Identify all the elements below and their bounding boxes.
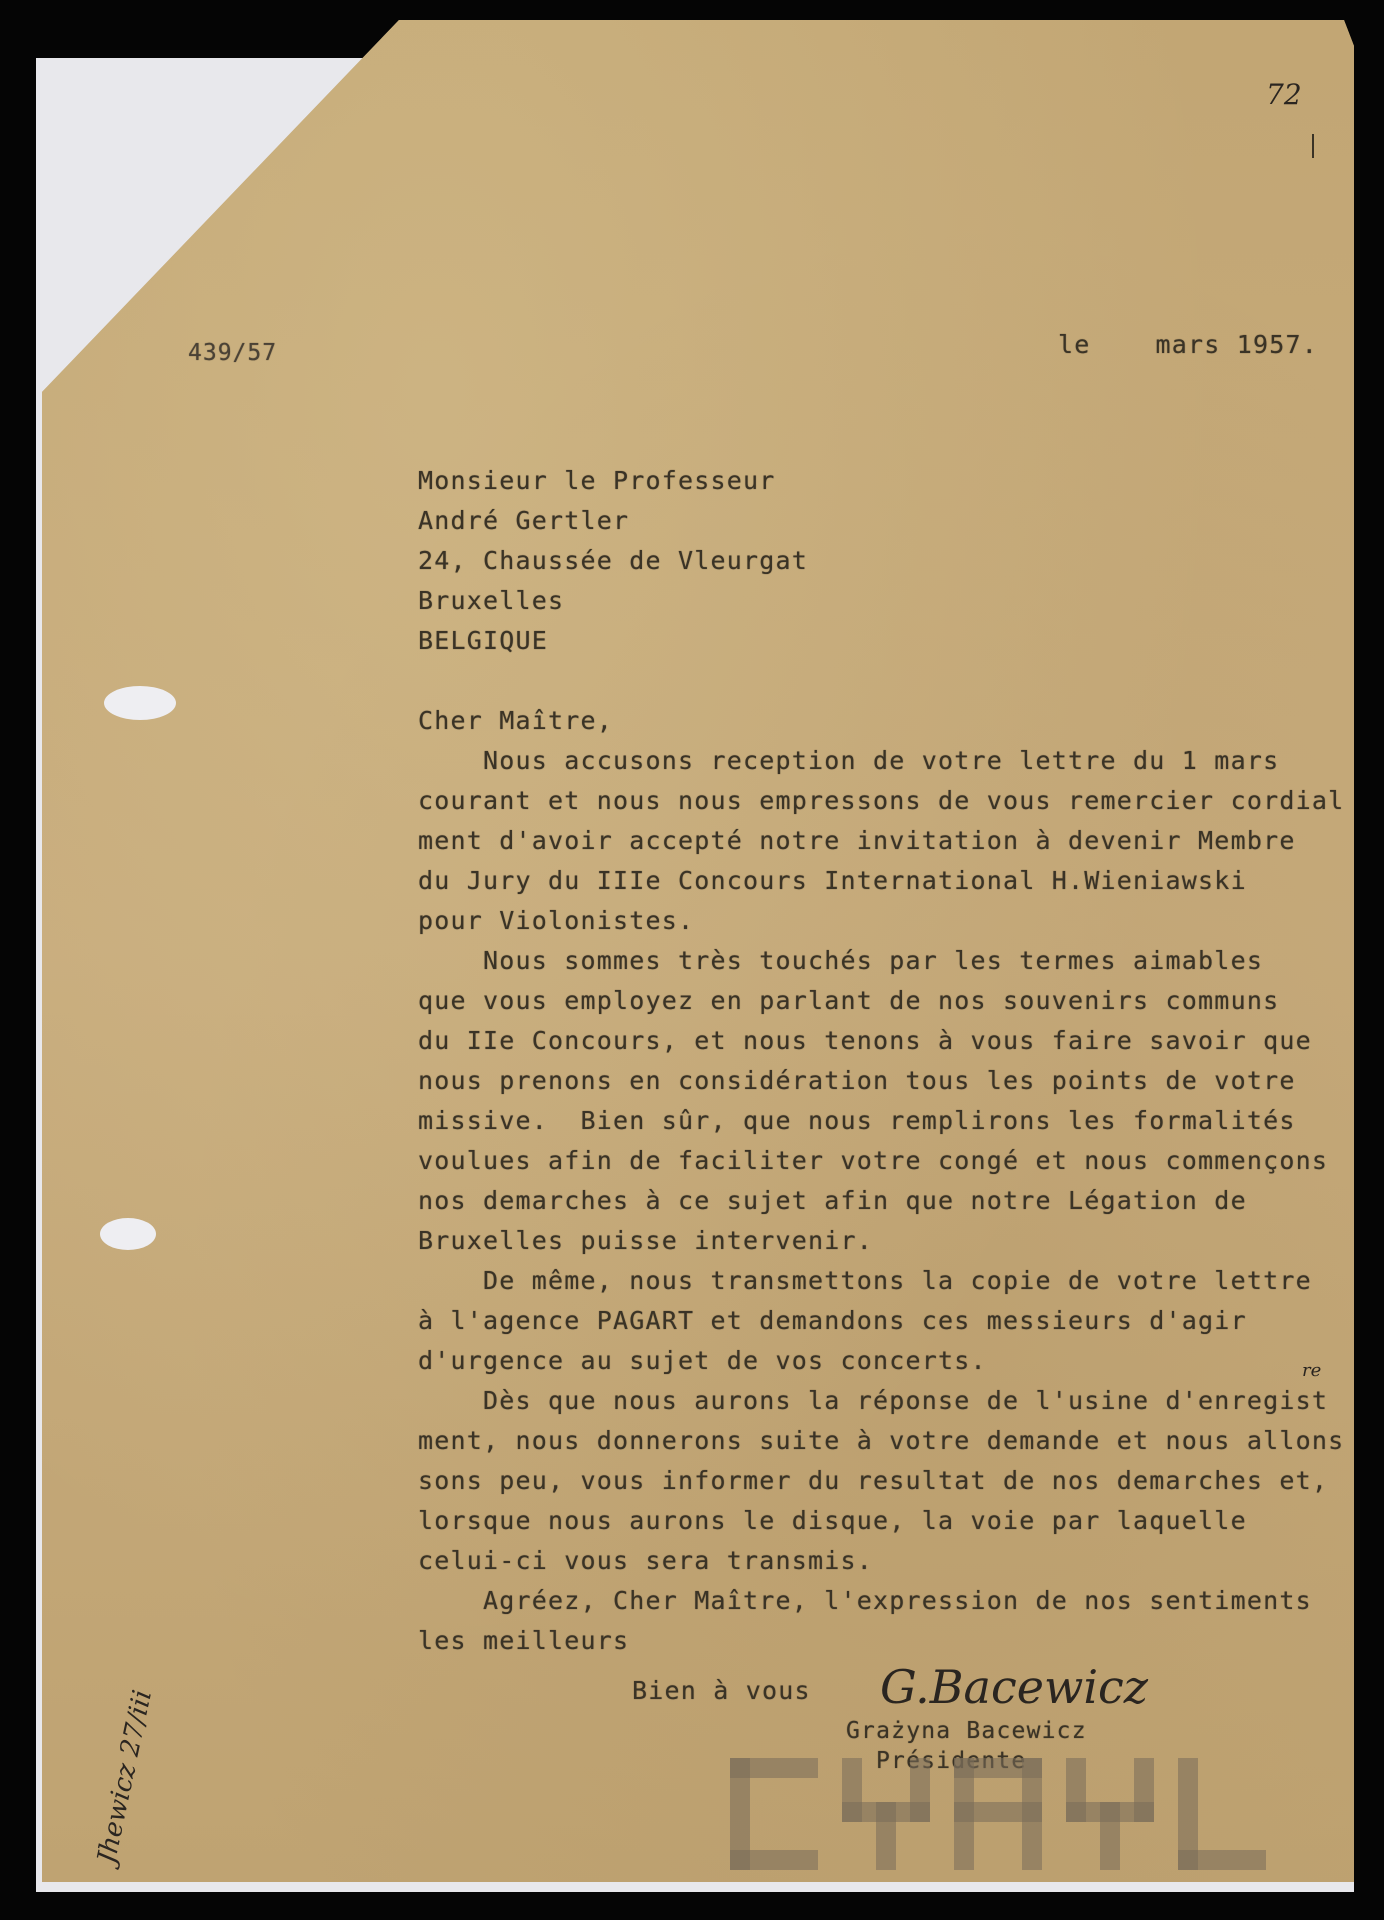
handwritten-correction: re <box>1302 1360 1321 1381</box>
body-line: ment, nous donnerons suite à votre deman… <box>418 1426 1344 1455</box>
body-line: du Jury du IIIe Concours International H… <box>418 866 1247 895</box>
body-line: du IIe Concours, et nous tenons à vous f… <box>418 1026 1312 1055</box>
address-line: André Gertler <box>418 506 629 535</box>
body-line: Bruxelles puisse intervenir. <box>418 1226 873 1255</box>
address-line: 24, Chaussée de Vleurgat <box>418 546 808 575</box>
body-line: à l'agence PAGART et demandons ces messi… <box>418 1306 1247 1335</box>
punch-hole-top <box>104 686 176 720</box>
body-line: sons peu, vous informer du resultat de n… <box>418 1466 1328 1495</box>
page-number: 72 <box>1266 78 1302 111</box>
body-line: missive. Bien sûr, que nous remplirons l… <box>418 1106 1296 1135</box>
address-line: Monsieur le Professeur <box>418 466 776 495</box>
body-line: pour Violonistes. <box>418 906 694 935</box>
letter-date: le mars 1957. <box>1058 330 1318 359</box>
body-line: lorsque nous aurons le disque, la voie p… <box>418 1506 1247 1535</box>
body-line: Nous accusons reception de votre lettre … <box>418 746 1279 775</box>
body-line: Dès que nous aurons la réponse de l'usin… <box>418 1386 1328 1415</box>
body-line: ment d'avoir accepté notre invitation à … <box>418 826 1296 855</box>
body-line: que vous employez en parlant de nos souv… <box>418 986 1279 1015</box>
body-line: Nous sommes très touchés par les termes … <box>418 946 1263 975</box>
margin-tick <box>1312 134 1314 158</box>
body-line: les meilleurs <box>418 1626 629 1655</box>
punch-hole-bottom <box>100 1218 156 1250</box>
cyryl-watermark-logo <box>730 1758 1336 1870</box>
closing: Bien à vous <box>632 1676 811 1705</box>
signatory-name: Grażyna Bacewicz <box>846 1718 1087 1744</box>
body-line: d'urgence au sujet de vos concerts. <box>418 1346 987 1375</box>
salutation: Cher Maître, <box>418 706 613 735</box>
body-line: courant et nous nous empressons de vous … <box>418 786 1344 815</box>
body-line: De même, nous transmettons la copie de v… <box>418 1266 1312 1295</box>
body-line: Agréez, Cher Maître, l'expression de nos… <box>418 1586 1312 1615</box>
body-line: nos demarches à ce sujet afin que notre … <box>418 1186 1247 1215</box>
reference-number: 439/57 <box>188 340 277 366</box>
handwritten-signature: G.Bacewicz <box>880 1660 1148 1714</box>
body-line: nous prenons en considération tous les p… <box>418 1066 1296 1095</box>
body-line: voulues afin de faciliter votre congé et… <box>418 1146 1328 1175</box>
address-line: Bruxelles <box>418 586 564 615</box>
address-line: BELGIQUE <box>418 626 548 655</box>
body-line: celui-ci vous sera transmis. <box>418 1546 873 1575</box>
